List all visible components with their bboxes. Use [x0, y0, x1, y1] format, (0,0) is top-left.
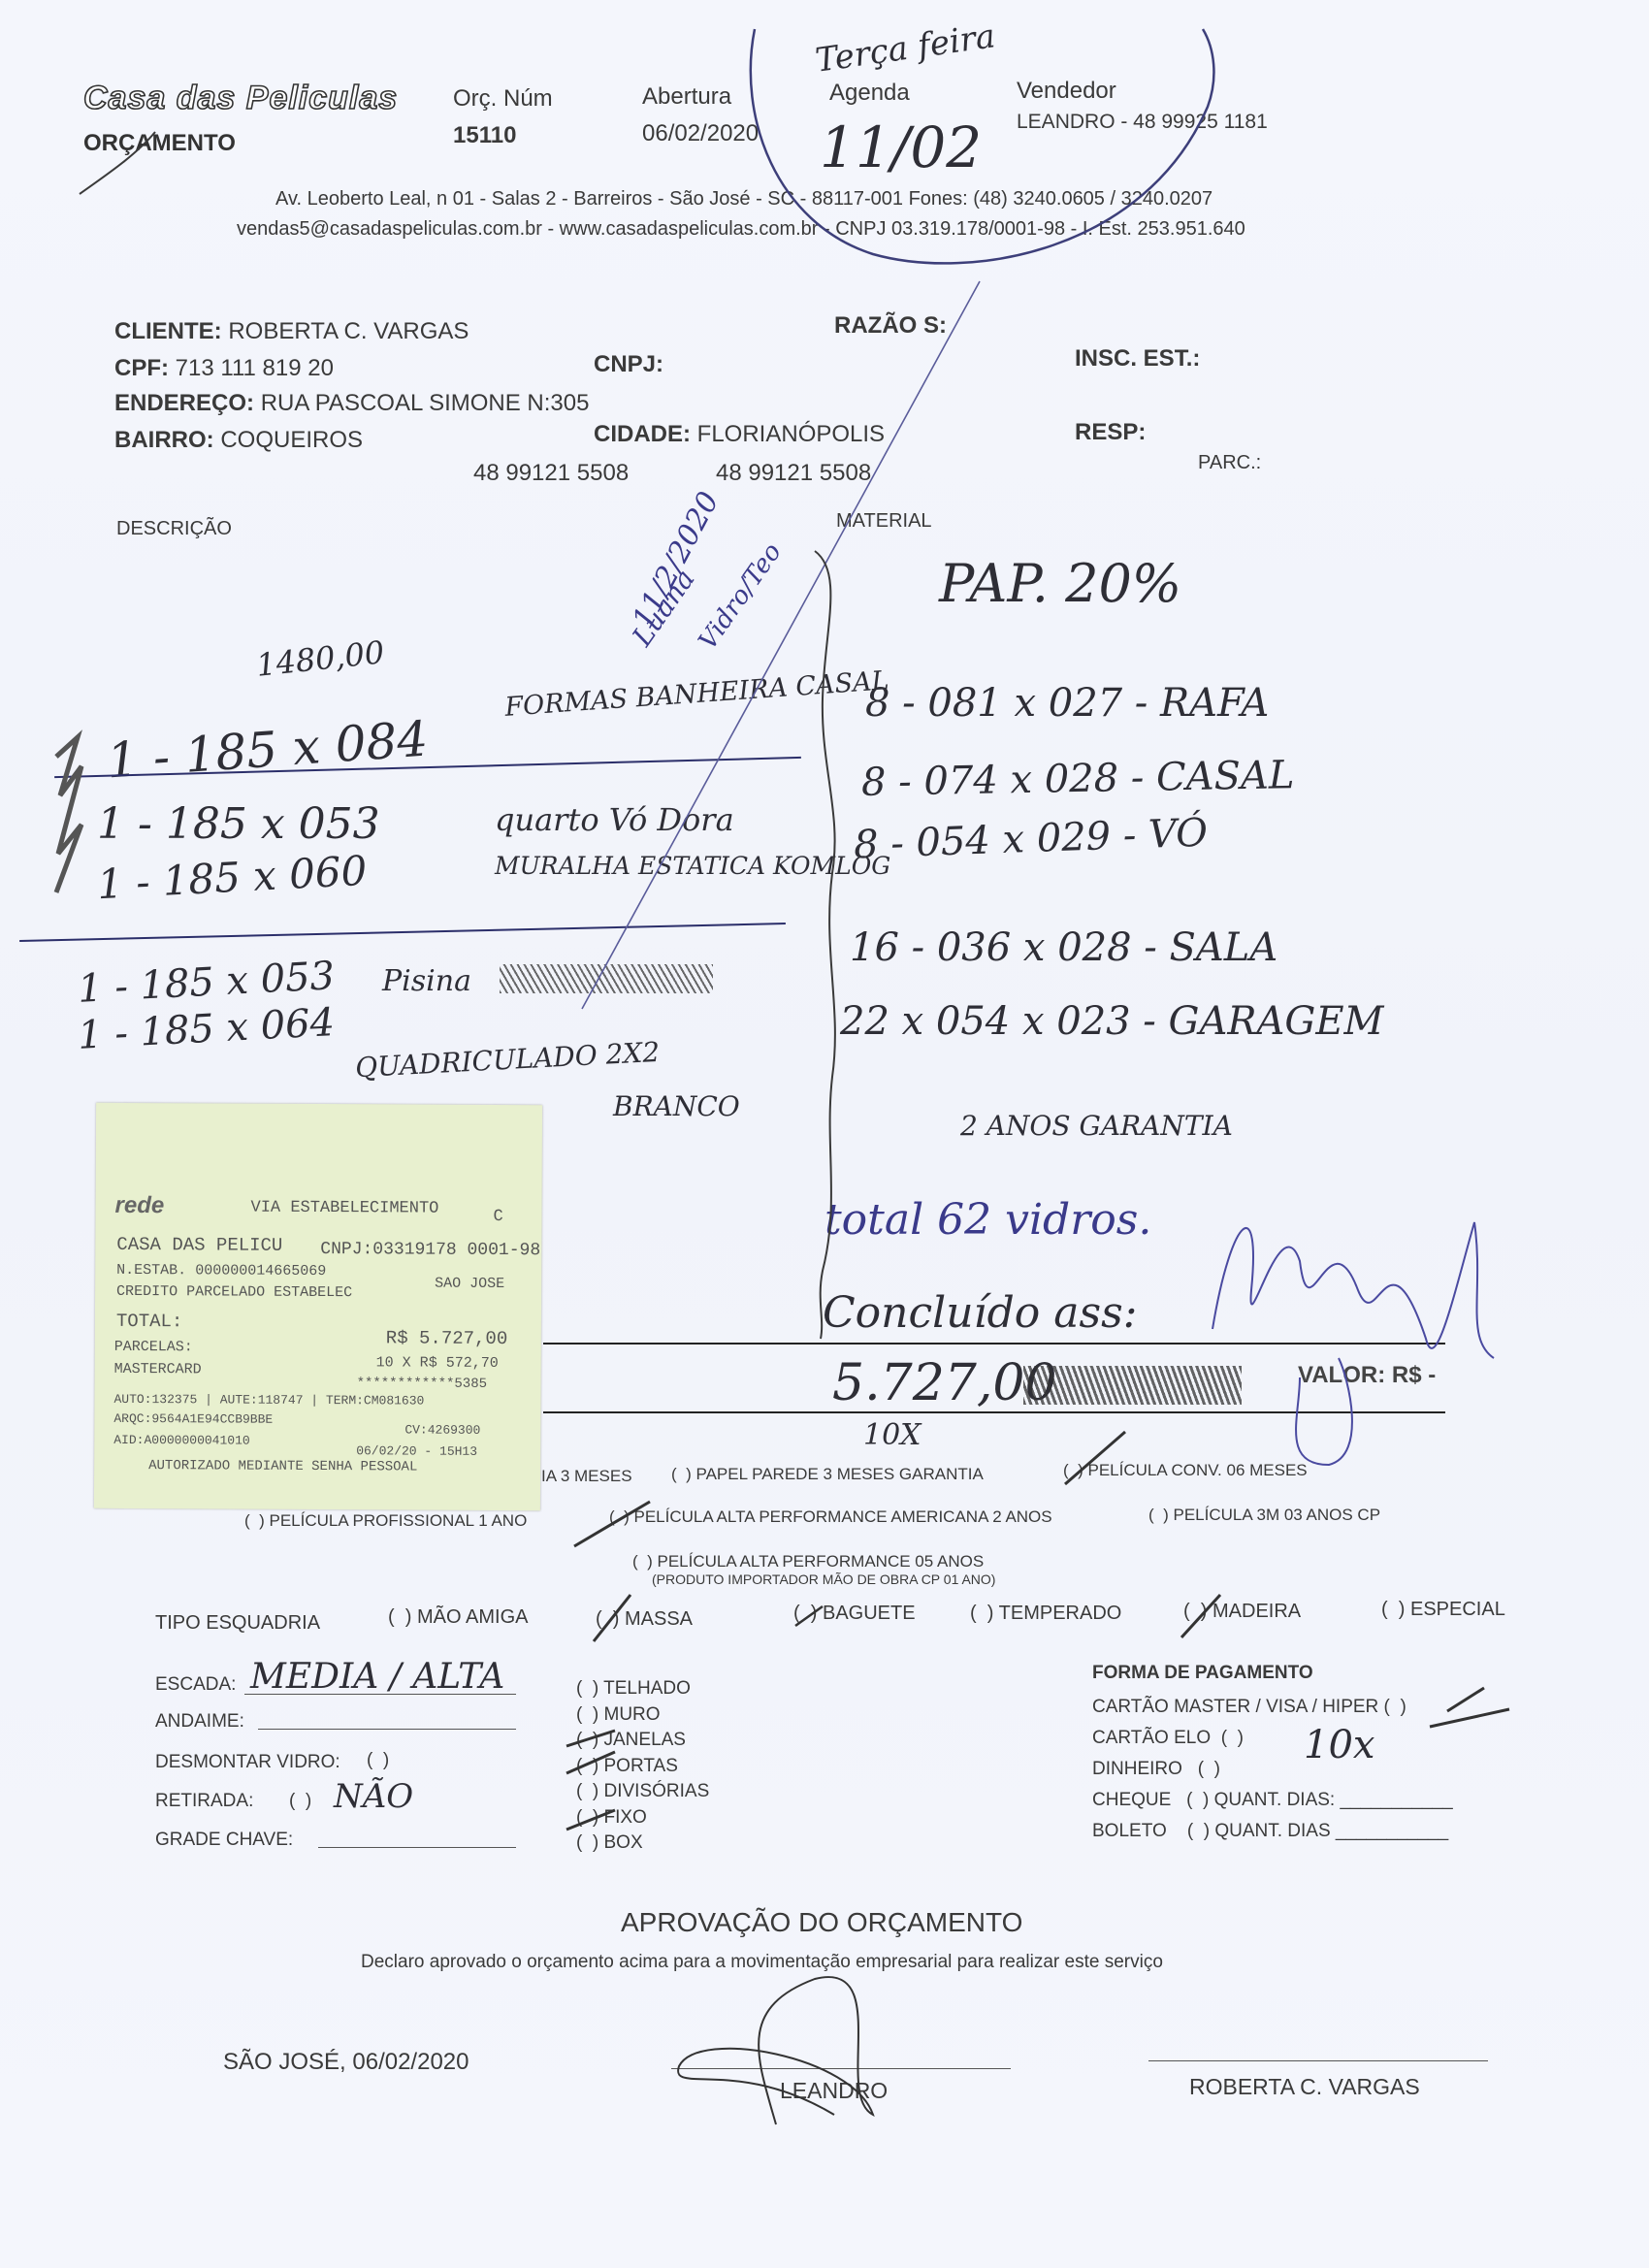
bairro-value: COQUEIROS — [220, 427, 363, 453]
local-fixo[interactable]: ( ) FIXO — [576, 1805, 709, 1831]
hw-desc-note-3: MURALHA ESTATICA KOMLOG — [495, 852, 890, 880]
cidade-value: FLORIANÓPOLIS — [697, 421, 885, 447]
product-option-profissional[interactable]: ( ) PELÍCULA PROFISSIONAL 1 ANO — [244, 1511, 527, 1531]
pagamento-title: FORMA DE PAGAMENTO — [1092, 1663, 1313, 1684]
orc-num: 15110 — [453, 122, 516, 149]
product-option-papel-parede[interactable]: ( ) PAPEL PAREDE 3 MESES GARANTIA — [671, 1465, 984, 1484]
bairro-label: BAIRRO: — [114, 427, 214, 453]
phone-2: 48 99121 5508 — [716, 460, 871, 487]
endereco-value: RUA PASCOAL SIMONE N:305 — [261, 390, 590, 416]
pagamento-elo[interactable]: CARTÃO ELO ( ) — [1092, 1723, 1453, 1754]
hw-diagonal-vidro: Vidro/Teo — [694, 538, 788, 656]
bairro-row: BAIRRO: COQUEIROS — [114, 427, 363, 454]
receipt-brand-logo: rede — [114, 1192, 164, 1219]
product-option-3m[interactable]: ( ) PELÍCULA 3M 03 ANOS CP — [1148, 1506, 1380, 1525]
grade-label: GRADE CHAVE: — [155, 1830, 293, 1851]
endereco-label: ENDEREÇO: — [114, 390, 254, 416]
local-portas[interactable]: ( ) PORTAS — [576, 1754, 709, 1780]
receipt-city: SAO JOSE — [435, 1276, 504, 1292]
receipt-type: CREDITO PARCELADO ESTABELEC — [116, 1283, 352, 1301]
cidade-row: CIDADE: FLORIANÓPOLIS — [594, 421, 885, 448]
local-muro[interactable]: ( ) MURO — [576, 1702, 709, 1729]
approval-declaration: Declaro aprovado o orçamento acima para … — [361, 1952, 1163, 1973]
agenda-handwritten-date: 11/02 — [820, 114, 982, 180]
receipt-merchant: CASA DAS PELICU — [116, 1234, 282, 1256]
seller-signature-line — [671, 2068, 1011, 2069]
desmontar-checkbox[interactable]: ( ) — [367, 1750, 389, 1771]
client-signature-line — [1148, 2060, 1488, 2061]
hw-finish-note-2: BRANCO — [613, 1090, 740, 1122]
client-row: CLIENTE: ROBERTA C. VARGAS — [114, 318, 469, 345]
esquadria-madeira[interactable]: ( ) MADEIRA — [1183, 1601, 1301, 1623]
product-partial-label: IA 3 MESES — [541, 1467, 632, 1486]
valor-line-top — [543, 1343, 1445, 1345]
grade-field[interactable] — [318, 1847, 516, 1848]
razao-label: RAZÃO S: — [834, 312, 947, 340]
local-box[interactable]: ( ) BOX — [576, 1831, 709, 1857]
company-contact: vendas5@casadaspeliculas.com.br - www.ca… — [237, 218, 1245, 241]
receipt-card-brand: MASTERCARD — [114, 1361, 202, 1377]
esquadria-temperado[interactable]: ( ) TEMPERADO — [970, 1603, 1121, 1625]
approval-place-date: SÃO JOSÉ, 06/02/2020 — [223, 2049, 469, 2076]
local-divisorias[interactable]: ( ) DIVISÓRIAS — [576, 1779, 709, 1805]
seller-signer-name: LEANDRO — [780, 2078, 888, 2104]
receipt-parcelas-label: PARCELAS: — [114, 1339, 193, 1355]
vendedor-label: Vendedor — [1017, 78, 1116, 105]
receipt-via: VIA ESTABELECIMENTO — [250, 1199, 438, 1218]
receipt-total: R$ 5.727,00 — [386, 1327, 508, 1349]
cpf-row: CPF: 713 111 819 20 — [114, 355, 334, 382]
andaime-label: ANDAIME: — [155, 1711, 244, 1733]
pagamento-master[interactable]: CARTÃO MASTER / VISA / HIPER ( ) — [1092, 1692, 1453, 1723]
desmontar-label: DESMONTAR VIDRO: — [155, 1752, 340, 1773]
hw-material-row-2: 8 - 074 x 028 - CASAL — [861, 753, 1295, 805]
phone-1: 48 99121 5508 — [473, 460, 629, 487]
local-janelas[interactable]: ( ) JANELAS — [576, 1728, 709, 1754]
pagamento-dinheiro[interactable]: DINHEIRO ( ) — [1092, 1754, 1453, 1785]
local-telhado[interactable]: ( ) TELHADO — [576, 1676, 709, 1702]
receipt-arqc: ARQC:9564A1E94CCB9BBE — [113, 1411, 273, 1427]
hw-material-row-4: 16 - 036 x 028 - SALA — [850, 925, 1277, 970]
hw-price-note: 1480,00 — [254, 633, 386, 684]
pagamento-boleto[interactable]: BOLETO ( ) QUANT. DIAS ___________ — [1092, 1816, 1453, 1847]
esquadria-baguete[interactable]: ( ) BAGUETE — [793, 1603, 916, 1625]
pagamento-options: CARTÃO MASTER / VISA / HIPER ( ) CARTÃO … — [1092, 1692, 1453, 1847]
cliente-value: ROBERTA C. VARGAS — [228, 318, 469, 344]
hw-desc-note-1: FORMAS BANHEIRA CASAL — [503, 665, 889, 723]
hw-total-note: total 62 vidros. — [824, 1195, 1151, 1245]
scribbled-out-text — [500, 964, 713, 993]
agenda-handwritten-day: Terça feira — [813, 16, 997, 81]
retirada-value: NÃO — [334, 1777, 413, 1816]
company-logo: Casa das Peliculas — [83, 80, 398, 117]
material-label: MATERIAL — [836, 510, 932, 533]
approval-title: APROVAÇÃO DO ORÇAMENTO — [621, 1907, 1022, 1938]
hw-valor-installments: 10X — [863, 1418, 921, 1452]
orc-num-label: Orç. Núm — [453, 85, 553, 113]
hw-material-row-1: 8 - 081 x 027 - RAFA — [865, 681, 1269, 726]
esquadria-especial[interactable]: ( ) ESPECIAL — [1381, 1599, 1505, 1621]
hw-desc-item-2: 1 - 185 x 053 — [97, 799, 380, 849]
abertura-date: 06/02/2020 — [642, 120, 759, 147]
receipt-n-estab: N.ESTAB. 000000014665069 — [116, 1262, 326, 1280]
product-option-conv[interactable]: ( ) PELÍCULA CONV. 06 MESES — [1063, 1461, 1308, 1480]
client-signer-name: ROBERTA C. VARGAS — [1189, 2074, 1420, 2100]
retirada-checkbox[interactable]: ( ) — [289, 1791, 311, 1812]
vendedor-value: LEANDRO - 48 99925 1181 — [1017, 111, 1268, 134]
endereco-row: ENDEREÇO: RUA PASCOAL SIMONE N:305 — [114, 390, 589, 417]
locais-list: ( ) TELHADO ( ) MURO ( ) JANELAS ( ) POR… — [576, 1676, 709, 1857]
cpf-label: CPF: — [114, 355, 169, 381]
desc-scribble-ink — [56, 737, 81, 892]
agenda-label: Agenda — [829, 80, 910, 107]
descricao-label: DESCRIÇÃO — [116, 518, 232, 540]
hw-desc-item-3: 1 - 185 x 060 — [96, 847, 369, 909]
hw-pagamento-installments: 10x — [1304, 1723, 1374, 1767]
insc-est-label: INSC. EST.: — [1075, 345, 1200, 373]
pagamento-cheque[interactable]: CHEQUE ( ) QUANT. DIAS: ___________ — [1092, 1785, 1453, 1816]
cpf-value: 713 111 819 20 — [176, 355, 334, 381]
receipt-parcelas: 10 X R$ 572,70 — [376, 1354, 499, 1372]
card-payment-receipt: rede VIA ESTABELECIMENTO C CASA DAS PELI… — [94, 1103, 542, 1510]
hw-concluded-note: Concluído ass: — [823, 1288, 1137, 1338]
hw-desc-note-2: quarto Vó Dora — [495, 801, 734, 838]
cliente-label: CLIENTE: — [114, 318, 222, 344]
scribbled-out-amount — [1023, 1366, 1242, 1405]
receipt-footer: AUTORIZADO MEDIANTE SENHA PESSOAL — [148, 1458, 417, 1474]
retirada-label: RETIRADA: — [155, 1791, 253, 1812]
andaime-field[interactable] — [258, 1729, 516, 1730]
hw-desc-item-1: 1 - 185 x 084 — [105, 711, 430, 790]
product-footnote: (PRODUTO IMPORTADOR MÃO DE OBRA CP 01 AN… — [652, 1571, 995, 1587]
hw-warranty-note: 2 ANOS GARANTIA — [960, 1110, 1233, 1142]
hw-divider-2 — [19, 923, 786, 942]
product-option-alta-05[interactable]: ( ) PELÍCULA ALTA PERFORMANCE 05 ANOS — [632, 1552, 984, 1571]
receipt-aid: AID:A0000000041010 — [113, 1433, 250, 1448]
doc-type: ORÇAMENTO — [83, 130, 236, 157]
receipt-datetime: 06/02/20 - 15H13 — [356, 1443, 477, 1459]
hw-finish-note-1: QUADRICULADO 2X2 — [354, 1036, 661, 1084]
hw-material-row-5: 22 x 054 x 023 - GARAGEM — [840, 999, 1384, 1044]
receipt-copy-mark: C — [493, 1208, 502, 1226]
budget-document: Casa das Peliculas ORÇAMENTO Orç. Núm 15… — [0, 0, 1649, 2268]
abertura-label: Abertura — [642, 83, 731, 111]
receipt-cv: CV:4269300 — [404, 1422, 480, 1437]
product-option-alta-americana[interactable]: ( ) PELÍCULA ALTA PERFORMANCE AMERICANA … — [609, 1507, 1052, 1527]
receipt-total-label: TOTAL: — [116, 1311, 183, 1332]
esquadria-mao-amiga[interactable]: ( ) MÃO AMIGA — [388, 1606, 528, 1629]
receipt-auth-line: AUTO:132375 | AUTE:118747 | TERM:CM08163… — [113, 1392, 424, 1409]
esquadria-massa[interactable]: ( ) MASSA — [596, 1608, 693, 1631]
receipt-cnpj: CNPJ:03319178 0001-98 — [320, 1240, 540, 1260]
receipt-card-number: ************5385 — [357, 1376, 488, 1392]
cidade-label: CIDADE: — [594, 421, 691, 447]
escada-line — [244, 1694, 516, 1695]
cnpj-label: CNPJ: — [594, 351, 663, 378]
hw-desc-note-4: Pisina — [382, 964, 471, 998]
escada-value[interactable]: MEDIA / ALTA — [250, 1657, 504, 1697]
resp-label: RESP: — [1075, 419, 1146, 446]
company-address: Av. Leoberto Leal, n 01 - Salas 2 - Barr… — [275, 188, 1212, 211]
parc-label: PARC.: — [1198, 452, 1261, 474]
esquadria-label: TIPO ESQUADRIA — [155, 1612, 320, 1635]
hw-material-row-3: 8 - 054 x 029 - VÓ — [853, 811, 1208, 868]
hw-material-header: PAP. 20% — [939, 553, 1181, 614]
escada-label: ESCADA: — [155, 1674, 236, 1696]
valor-label: VALOR: R$ - — [1298, 1362, 1436, 1389]
